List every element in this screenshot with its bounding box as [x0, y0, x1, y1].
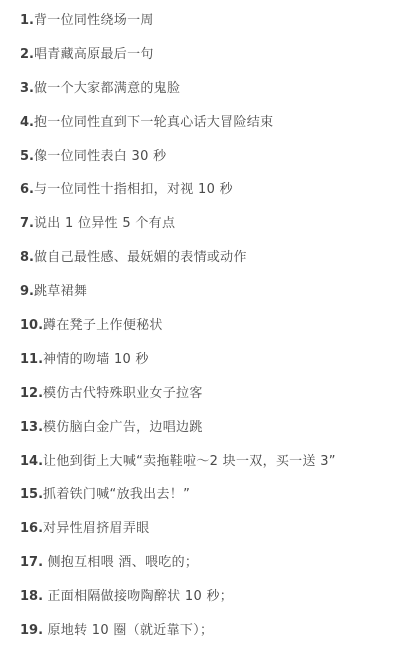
- item-number: 18.: [20, 589, 43, 604]
- item-text: 背一位同性绕场一周: [34, 13, 154, 28]
- item-text: 做一个大家都满意的鬼脸: [34, 81, 180, 96]
- item-number: 5.: [20, 149, 34, 164]
- item-number: 10.: [20, 318, 43, 333]
- item-text: 原地转 10 圈（就近靠下）；: [43, 623, 213, 638]
- item-number: 6.: [20, 182, 34, 197]
- item-text: 对异性眉挤眉弄眼: [43, 521, 149, 536]
- list-item: 2.唱青藏高原最后一句: [20, 45, 390, 79]
- item-number: 12.: [20, 386, 43, 401]
- item-text: 跳草裙舞: [34, 284, 87, 299]
- item-number: 19.: [20, 623, 43, 638]
- item-text: 抱一位同性直到下一轮真心话大冒险结束: [34, 115, 273, 130]
- item-number: 7.: [20, 216, 34, 231]
- list-item: 6.与一位同性十指相扣，对视 10 秒: [20, 180, 390, 214]
- item-number: 1.: [20, 13, 34, 28]
- list-item: 18. 正面相隔做接吻陶醉状 10 秒；: [20, 587, 390, 621]
- item-text: 蹲在凳子上作便秘状: [43, 318, 163, 333]
- list-item: 13.模仿脑白金广告，边唱边跳: [20, 418, 390, 452]
- item-number: 14.: [20, 454, 43, 469]
- list-item: 5.像一位同性表白 30 秒: [20, 147, 390, 181]
- item-text: 模仿古代特殊职业女子拉客: [43, 386, 203, 401]
- item-text: 唱青藏高原最后一句: [34, 47, 154, 62]
- list-item: 16.对异性眉挤眉弄眼: [20, 519, 390, 553]
- list-item: 11.神情的吻墙 10 秒: [20, 350, 390, 384]
- item-number: 9.: [20, 284, 34, 299]
- list-item: 3.做一个大家都满意的鬼脸: [20, 79, 390, 113]
- list-item: 10.蹲在凳子上作便秘状: [20, 316, 390, 350]
- item-number: 15.: [20, 487, 43, 502]
- item-number: 4.: [20, 115, 34, 130]
- list-item: 9.跳草裙舞: [20, 282, 390, 316]
- item-number: 13.: [20, 420, 43, 435]
- item-text: 像一位同性表白 30 秒: [34, 149, 166, 164]
- item-text: 做自己最性感、最妩媚的表情或动作: [34, 250, 247, 265]
- item-number: 11.: [20, 352, 43, 367]
- item-text: 说出 1 位异性 5 个有点: [34, 216, 175, 231]
- item-text: 模仿脑白金广告，边唱边跳: [43, 420, 203, 435]
- item-number: 2.: [20, 47, 34, 62]
- item-number: 8.: [20, 250, 34, 265]
- truth-or-dare-list: 1.背一位同性绕场一周 2.唱青藏高原最后一句 3.做一个大家都满意的鬼脸 4.…: [20, 11, 390, 655]
- item-number: 17.: [20, 555, 43, 570]
- item-text: 与一位同性十指相扣，对视 10 秒: [34, 182, 233, 197]
- list-item: 14.让他到街上大喊“卖拖鞋啦～2 块一双，买一送 3”: [20, 452, 390, 486]
- item-number: 16.: [20, 521, 43, 536]
- list-item: 7.说出 1 位异性 5 个有点: [20, 214, 390, 248]
- item-text: 让他到街上大喊“卖拖鞋啦～2 块一双，买一送 3”: [43, 454, 336, 469]
- list-item: 17. 侧抱互相喂 酒、喂吃的；: [20, 553, 390, 587]
- item-text: 神情的吻墙 10 秒: [43, 352, 149, 367]
- item-text: 侧抱互相喂 酒、喂吃的；: [43, 555, 198, 570]
- item-text: 抓着铁门喊“放我出去！”: [43, 487, 190, 502]
- list-item: 8.做自己最性感、最妩媚的表情或动作: [20, 248, 390, 282]
- item-text: 正面相隔做接吻陶醉状 10 秒；: [43, 589, 233, 604]
- list-item: 15.抓着铁门喊“放我出去！”: [20, 485, 390, 519]
- list-item: 4.抱一位同性直到下一轮真心话大冒险结束: [20, 113, 390, 147]
- list-item: 19. 原地转 10 圈（就近靠下）；: [20, 621, 390, 655]
- item-number: 3.: [20, 81, 34, 96]
- list-item: 1.背一位同性绕场一周: [20, 11, 390, 45]
- list-item: 12.模仿古代特殊职业女子拉客: [20, 384, 390, 418]
